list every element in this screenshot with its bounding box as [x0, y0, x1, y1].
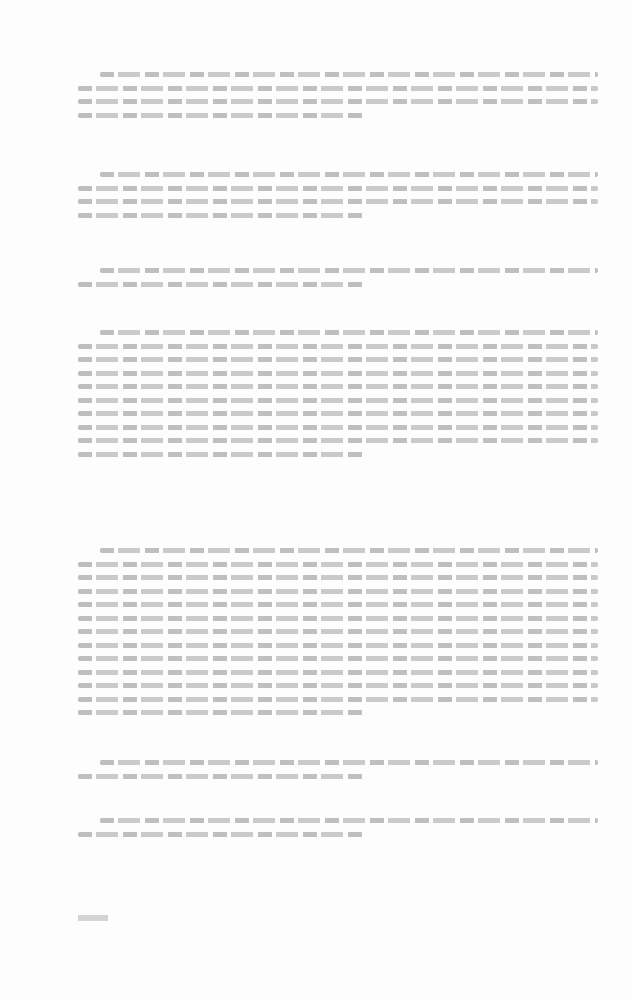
text-line — [100, 72, 598, 77]
text-line — [78, 697, 598, 702]
text-line — [78, 438, 598, 443]
page-number — [78, 915, 108, 921]
text-line — [78, 113, 364, 118]
paragraph — [78, 268, 598, 295]
text-line — [78, 683, 598, 688]
text-line — [78, 425, 598, 430]
text-line — [100, 760, 598, 765]
text-line — [78, 670, 598, 675]
paragraph — [78, 760, 598, 787]
text-line — [78, 357, 598, 362]
text-line — [78, 452, 364, 457]
text-line — [100, 268, 598, 273]
paragraph — [78, 72, 598, 126]
paragraph — [78, 172, 598, 226]
text-line — [78, 398, 598, 403]
paragraph — [78, 330, 598, 465]
text-line — [78, 575, 598, 580]
text-line — [78, 562, 598, 567]
text-line — [100, 818, 598, 823]
text-line — [78, 602, 598, 607]
text-line — [100, 548, 598, 553]
text-line — [78, 656, 598, 661]
text-line — [78, 186, 598, 191]
text-line — [78, 589, 598, 594]
text-line — [78, 344, 598, 349]
text-line — [100, 172, 598, 177]
text-line — [78, 371, 598, 376]
text-line — [78, 411, 598, 416]
text-line — [78, 384, 598, 389]
text-line — [78, 710, 364, 715]
scanned-page: Faded scanned page; text not readable — [0, 0, 632, 1000]
text-line — [78, 774, 364, 779]
text-line — [78, 616, 598, 621]
text-line — [78, 99, 598, 104]
text-line — [78, 213, 364, 218]
paragraph — [78, 548, 598, 724]
text-line — [78, 643, 598, 648]
text-line — [78, 629, 598, 634]
text-line — [78, 86, 598, 91]
paragraph — [78, 818, 598, 845]
text-line — [100, 330, 598, 335]
text-line — [78, 199, 598, 204]
text-line — [78, 832, 364, 837]
text-line — [78, 282, 364, 287]
